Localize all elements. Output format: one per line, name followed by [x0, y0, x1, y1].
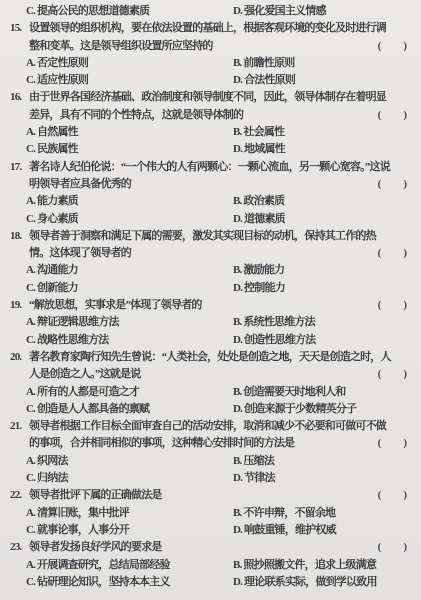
answer-bracket: ( ) — [378, 245, 407, 262]
question-stem: 21. 领导者根据工作目标全面审查自己的活动安排，取消和减少不必要和可做可不做的… — [0, 418, 421, 453]
option-d: D. 节律法 — [233, 470, 411, 487]
options-grid: A. 织网法 B. 压缩法 C. 归纳法 D. 节律法 — [0, 453, 421, 488]
option-b: B. 压缩法 — [233, 453, 411, 470]
option-b: B. 创造需要天时地利人和 — [233, 384, 411, 401]
option-a: A. 沟通能力 — [26, 262, 233, 279]
option-b: B. 激励能力 — [233, 262, 411, 279]
answer-bracket: ( ) — [378, 539, 407, 556]
option-c: C. 战略性思维方法 — [26, 332, 233, 349]
option-b: B. 社会属性 — [233, 124, 411, 141]
options-grid: A. 沟通能力 B. 激励能力 C. 创新能力 D. 控制能力 — [0, 262, 421, 297]
question-stem: 20. 著名教育家陶行知先生曾说：“人类社会，处处是创造之地，天天是创造之时，人… — [0, 349, 421, 384]
question-text: 领导者善于洞察和满足下属的需要，激发其实现目标的动机，保持其工作的热情。这体现了… — [29, 228, 393, 263]
options-grid: A. 能力素质 B. 政治素质 C. 身心素质 D. 道德素质 — [0, 193, 421, 228]
options-grid: A. 辩证逻辑思维方法 B. 系统性思维方法 C. 战略性思维方法 D. 创造性… — [0, 314, 421, 349]
question-text: 领导者根据工作目标全面审查自己的活动安排，取消和减少不必要和可做可不做的事项，合… — [29, 418, 393, 453]
question-number: 23. — [10, 539, 29, 556]
answer-bracket: ( ) — [378, 107, 407, 124]
option-d: D. 地域属性 — [233, 141, 411, 158]
question-number: 21. — [10, 418, 29, 453]
carryover-options-row: C. 提高公民的思想道德素质 D. 强化爱国主义情感 — [0, 3, 421, 20]
answer-bracket: ( ) — [378, 297, 407, 314]
options-grid: A. 否定性原则 B. 前瞻性原则 C. 适应性原则 D. 合法性原则 — [0, 55, 421, 90]
option-a: A. 能力素质 — [26, 193, 233, 210]
option-b: B. 政治素质 — [233, 193, 411, 210]
option-a: A. 开展调查研究，总结局部经验 — [26, 557, 233, 574]
option-d: D. 创造性思维方法 — [233, 332, 411, 349]
option-c: C. 创新能力 — [26, 280, 233, 297]
option-b: B. 照抄照搬文件，追求上级满意 — [233, 557, 411, 574]
question: 17. 著名诗人纪伯伦说：“一个伟大的人有两颗心：一颗心流血，另一颗心宽容。”这… — [0, 159, 421, 228]
question-stem: 19. “解放思想，实事求是”体现了领导者的 ( ) — [0, 297, 421, 314]
option-d: D. 控制能力 — [233, 280, 411, 297]
options-grid: A. 清算旧账，集中批评 B. 不许申辩，不留余地 C. 就事论事，人事分开 D… — [0, 505, 421, 540]
question-number: 17. — [10, 159, 29, 194]
option-a: A. 否定性原则 — [26, 55, 233, 72]
question-text: “解放思想，实事求是”体现了领导者的 — [29, 297, 393, 314]
option-c: C. 创造是人人都具备的禀赋 — [26, 401, 233, 418]
question-number: 19. — [10, 297, 29, 314]
question: 16. 由于世界各国经济基础、政治制度和领导制度不同，因此，领导体制存在着明显差… — [0, 89, 421, 158]
question-text: 著名诗人纪伯伦说：“一个伟大的人有两颗心：一颗心流血，另一颗心宽容。”这说明领导… — [29, 159, 393, 194]
question-stem: 18. 领导者善于洞察和满足下属的需要，激发其实现目标的动机，保持其工作的热情。… — [0, 228, 421, 263]
question: 22. 领导者批评下属的正确做法是 ( ) A. 清算旧账，集中批评 B. 不许… — [0, 487, 421, 539]
answer-bracket: ( ) — [378, 176, 407, 193]
option-c: C. 民族属性 — [26, 141, 233, 158]
exam-paper-page: C. 提高公民的思想道德素质 D. 强化爱国主义情感 15. 设置领导的组织机构… — [0, 0, 421, 600]
option-c: C. 归纳法 — [26, 470, 233, 487]
question: 15. 设置领导的组织机构，要在依法设置的基础上，根据客观环境的变化及时进行调整… — [0, 20, 421, 89]
answer-bracket: ( ) — [378, 366, 407, 383]
question-text: 领导者批评下属的正确做法是 — [29, 487, 393, 504]
option-a: A. 自然属性 — [26, 124, 233, 141]
option-d: D. 理论联系实际，做到学以致用 — [233, 574, 411, 591]
question: 18. 领导者善于洞察和满足下属的需要，激发其实现目标的动机，保持其工作的热情。… — [0, 228, 421, 297]
question-stem: 17. 著名诗人纪伯伦说：“一个伟大的人有两颗心：一颗心流血，另一颗心宽容。”这… — [0, 159, 421, 194]
answer-bracket: ( ) — [378, 487, 407, 504]
option-a: A. 所有的人都是可造之才 — [26, 384, 233, 401]
question-stem: 15. 设置领导的组织机构，要在依法设置的基础上，根据客观环境的变化及时进行调整… — [0, 20, 421, 55]
question-number: 18. — [10, 228, 29, 263]
question: 20. 著名教育家陶行知先生曾说：“人类社会，处处是创造之地，天天是创造之时，人… — [0, 349, 421, 418]
question-stem: 16. 由于世界各国经济基础、政治制度和领导制度不同，因此，领导体制存在着明显差… — [0, 89, 421, 124]
option-c: C. 钻研理论知识，坚持本本主义 — [26, 574, 233, 591]
question-number: 20. — [10, 349, 29, 384]
question-text: 著名教育家陶行知先生曾说：“人类社会，处处是创造之地，天天是创造之时，人人是创造… — [29, 349, 393, 384]
question: 23. 领导者发扬良好学风的要求是 ( ) A. 开展调查研究，总结局部经验 B… — [0, 539, 421, 591]
question-number: 16. — [10, 89, 29, 124]
question-number: 15. — [10, 20, 29, 55]
option-a: A. 清算旧账，集中批评 — [26, 505, 233, 522]
option-d: D. 创造来源于少数精英分子 — [233, 401, 411, 418]
question-list: 15. 设置领导的组织机构，要在依法设置的基础上，根据客观环境的变化及时进行调整… — [0, 20, 421, 591]
option-d: D. 道德素质 — [233, 211, 411, 228]
answer-bracket: ( ) — [378, 435, 407, 452]
option-c: C. 就事论事，人事分开 — [26, 522, 233, 539]
options-grid: A. 自然属性 B. 社会属性 C. 民族属性 D. 地域属性 — [0, 124, 421, 159]
answer-bracket: ( ) — [378, 38, 407, 55]
option-b: B. 系统性思维方法 — [233, 314, 411, 331]
option-c: C. 提高公民的思想道德素质 — [26, 3, 233, 20]
options-grid: A. 开展调查研究，总结局部经验 B. 照抄照搬文件，追求上级满意 C. 钻研理… — [0, 557, 421, 592]
question-stem: 22. 领导者批评下属的正确做法是 ( ) — [0, 487, 421, 504]
question: 21. 领导者根据工作目标全面审查自己的活动安排，取消和减少不必要和可做可不做的… — [0, 418, 421, 487]
question-text: 领导者发扬良好学风的要求是 — [29, 539, 393, 556]
option-a: A. 织网法 — [26, 453, 233, 470]
question: 19. “解放思想，实事求是”体现了领导者的 ( ) A. 辩证逻辑思维方法 B… — [0, 297, 421, 349]
options-grid: A. 所有的人都是可造之才 B. 创造需要天时地利人和 C. 创造是人人都具备的… — [0, 384, 421, 419]
question-number: 22. — [10, 487, 29, 504]
option-a: A. 辩证逻辑思维方法 — [26, 314, 233, 331]
option-d: D. 合法性原则 — [233, 72, 411, 89]
option-c: C. 身心素质 — [26, 211, 233, 228]
option-d: D. 响鼓重锤，维护权威 — [233, 522, 411, 539]
option-d: D. 强化爱国主义情感 — [233, 3, 411, 20]
question-stem: 23. 领导者发扬良好学风的要求是 ( ) — [0, 539, 421, 556]
question-text: 设置领导的组织机构，要在依法设置的基础上，根据客观环境的变化及时进行调整和变革。… — [29, 20, 393, 55]
option-c: C. 适应性原则 — [26, 72, 233, 89]
option-b: B. 不许申辩，不留余地 — [233, 505, 411, 522]
option-b: B. 前瞻性原则 — [233, 55, 411, 72]
question-text: 由于世界各国经济基础、政治制度和领导制度不同，因此，领导体制存在着明显差异，具有… — [29, 89, 393, 124]
